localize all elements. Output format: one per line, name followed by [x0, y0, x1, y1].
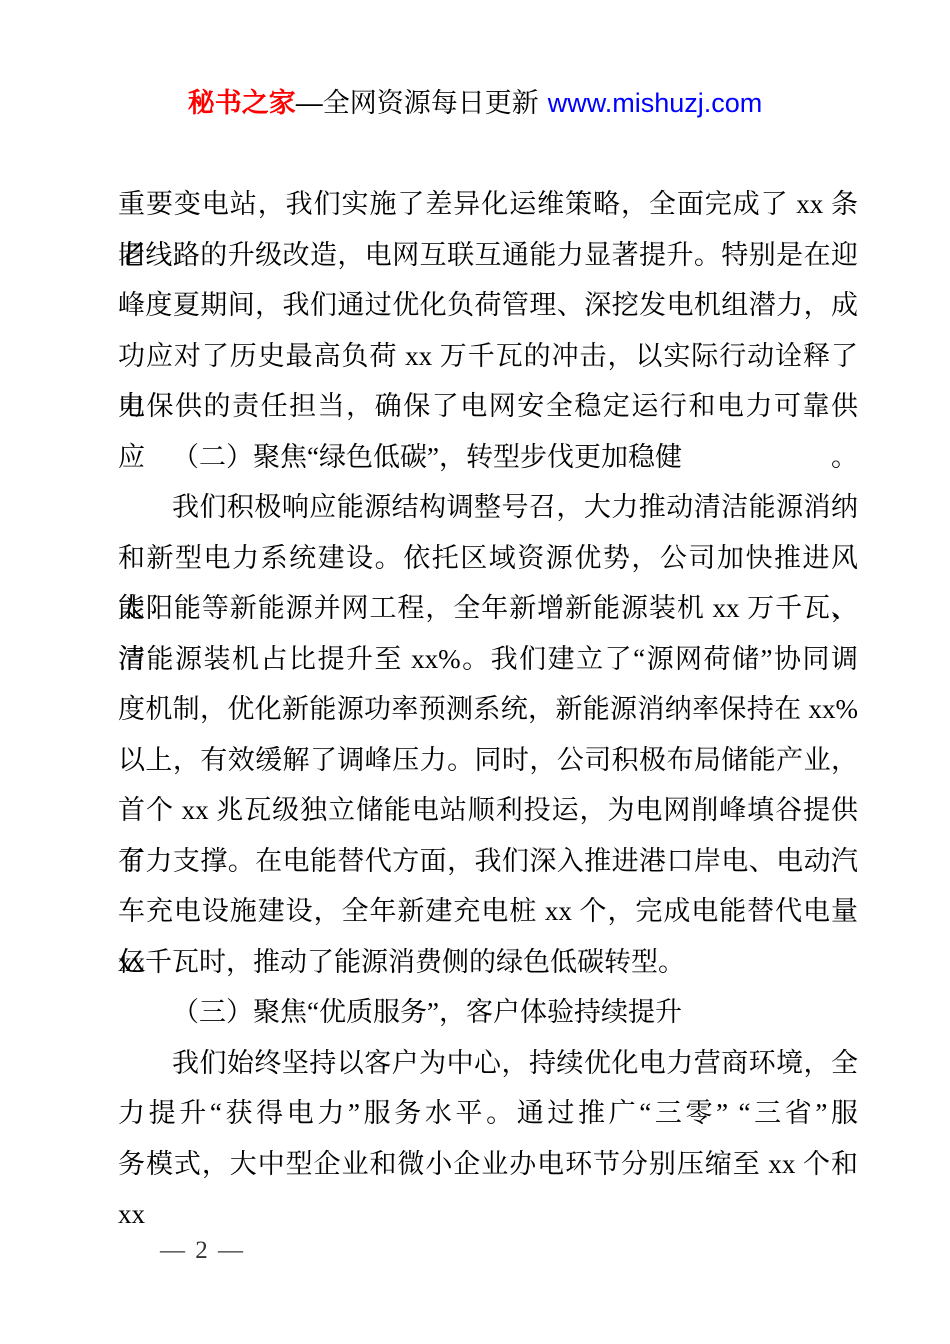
document-line: 我们积极响应能源结构调整号召，大力推动清洁能源消纳 — [118, 482, 858, 533]
document-line: 重要变电站，我们实施了差异化运维策略，全面完成了 xx 条老 — [118, 179, 858, 230]
header-tagline: —全网资源每日更新 — [296, 88, 539, 118]
document-line: 度机制，优化新能源功率预测系统，新能源消纳率保持在 xx% — [118, 684, 858, 735]
document-line: 太阳能等新能源并网工程，全年新增新能源装机 xx 万千瓦，清 — [118, 583, 858, 634]
site-url-link[interactable]: www.mishuzj.com — [548, 88, 763, 118]
document-page: 秘书之家—全网资源每日更新www.mishuzj.com 重要变电站，我们实施了… — [0, 0, 950, 1344]
site-name: 秘书之家 — [188, 88, 296, 118]
document-line: 车充电设施建设，全年新建充电桩 xx 个，完成电能替代电量 xx — [118, 886, 858, 937]
document-line: 首个 xx 兆瓦级独立储能电站顺利投运，为电网削峰填谷提供了 — [118, 785, 858, 836]
page-number: — 2 — — [160, 1236, 245, 1266]
document-line: 洁能源装机占比提升至 xx%。我们建立了“源网荷储”协同调 — [118, 634, 858, 685]
document-line: 亿千瓦时，推动了能源消费侧的绿色低碳转型。 — [118, 937, 858, 988]
document-line: 力提升“获得电力”服务水平。通过推广“三零” “三省”服 — [118, 1088, 858, 1139]
document-line: 有力支撑。在电能替代方面，我们深入推进港口岸电、电动汽 — [118, 836, 858, 887]
document-line: 以上，有效缓解了调峰压力。同时，公司积极布局储能产业， — [118, 735, 858, 786]
section-heading: （三）聚焦“优质服务”，客户体验持续提升 — [118, 987, 858, 1038]
document-line: 和新型电力系统建设。依托区域资源优势，公司加快推进风能、 — [118, 533, 858, 584]
document-line: 峰度夏期间，我们通过优化负荷管理、深挖发电机组潜力，成 — [118, 280, 858, 331]
document-line: 旧线路的升级改造，电网互联互通能力显著提升。特别是在迎 — [118, 230, 858, 281]
document-body: 重要变电站，我们实施了差异化运维策略，全面完成了 xx 条老旧线路的升级改造，电… — [118, 179, 858, 1189]
document-line: 功应对了历史最高负荷 xx 万千瓦的冲击，以实际行动诠释了电 — [118, 331, 858, 382]
document-line: 务模式，大中型企业和微小企业办电环节分别压缩至 xx 个和 xx — [118, 1139, 858, 1190]
page-header: 秘书之家—全网资源每日更新www.mishuzj.com — [0, 86, 950, 120]
document-line: 力保供的责任担当，确保了电网安全稳定运行和电力可靠供应。 — [118, 381, 858, 432]
document-line: 我们始终坚持以客户为中心，持续优化电力营商环境，全 — [118, 1038, 858, 1089]
